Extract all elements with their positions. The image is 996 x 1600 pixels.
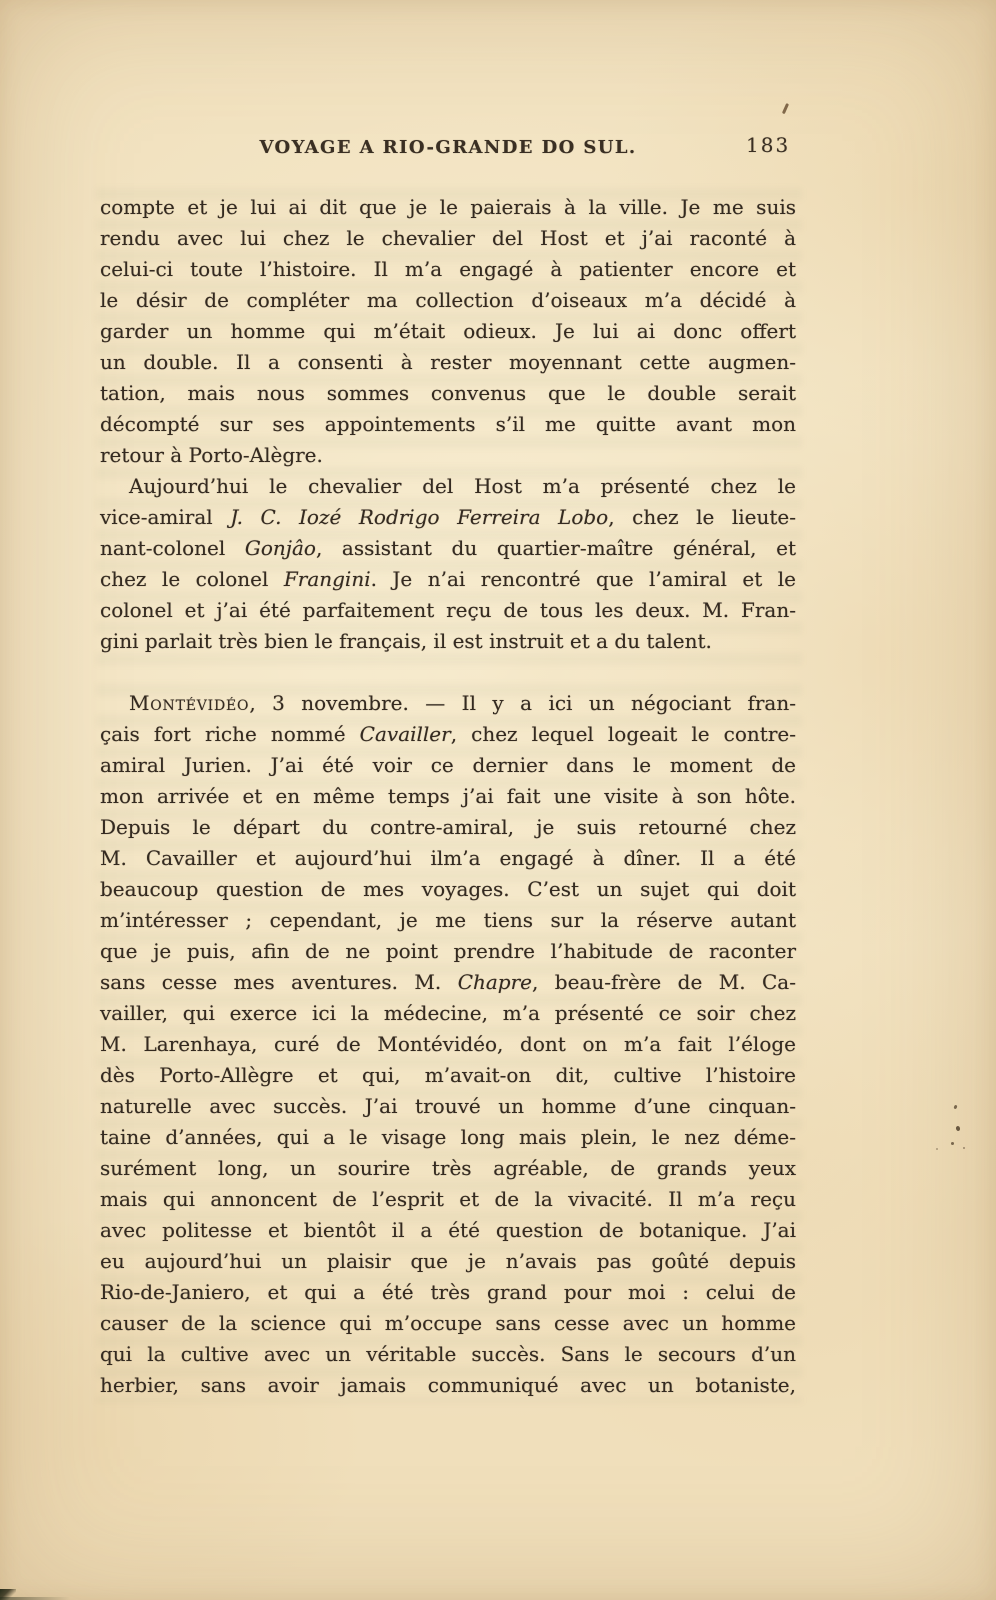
text-line: que je puis, afin de ne point prendre l’… [100, 936, 796, 967]
ink-speck [955, 1126, 960, 1132]
text-line: amiral Jurien. J’ai été voir ce dernier … [100, 750, 796, 781]
text-run: , assistant du quartier-maître général, … [316, 536, 796, 560]
text-line: naturelle avec succès. J’ai trouvé un ho… [100, 1091, 796, 1122]
text-line: vailler, qui exerce ici la médecine, m’a… [100, 998, 796, 1029]
text-run: garder un homme qui m’était odieux. Je l… [100, 319, 796, 343]
text-line: sans cesse mes aventures. M. Chapre, bea… [100, 967, 796, 998]
text-line: dès Porto-Allègre et qui, m’avait-on dit… [100, 1060, 796, 1091]
ink-speck [936, 1148, 938, 1150]
text-run: vailler, qui exerce ici la médecine, m’a… [100, 1001, 796, 1025]
text-line: M. Larenhaya, curé de Montévidéo, dont o… [100, 1029, 796, 1060]
text-run: amiral Jurien. J’ai été voir ce dernier … [100, 753, 796, 777]
text-run: naturelle avec succès. J’ai trouvé un ho… [100, 1094, 796, 1118]
text-run: , chez lequel logeait le contre- [451, 722, 796, 746]
text-run: beaucoup question de mes voyages. C’est … [100, 877, 796, 901]
text-run: eu aujourd’hui un plaisir que je n’avais… [100, 1249, 796, 1273]
text-run: compte et je lui ai dit que je le paiera… [100, 195, 796, 219]
text-run: celui-ci toute l’histoire. Il m’a engagé… [100, 257, 796, 281]
paragraph: Montévidéo, 3 novembre. — Il y a ici un … [100, 688, 796, 1401]
text-line: décompté sur ses appointements s’il me q… [100, 409, 796, 440]
text-run: un double. Il a consenti à rester moyenn… [100, 350, 796, 374]
page-number: 183 [746, 131, 790, 159]
italic-text: Gonjâo [245, 536, 316, 560]
text-line: surément long, un sourire très agréable,… [100, 1153, 796, 1184]
text-line: Rio-de-Janiero, et qui a été très grand … [100, 1277, 796, 1308]
text-run: gini parlait très bien le français, il e… [100, 629, 712, 653]
italic-text: Cavailler [360, 722, 451, 746]
italic-text: Frangini [284, 567, 371, 591]
text-run: tation, mais nous sommes convenus que le… [100, 381, 796, 405]
text-line: colonel et j’ai été parfaitement reçu de… [100, 595, 796, 626]
text-line: chez le colonel Frangini. Je n’ai rencon… [100, 564, 796, 595]
text-line: mon arrivée et en même temps j’ai fait u… [100, 781, 796, 812]
text-run: le désir de compléter ma collection d’oi… [100, 288, 796, 312]
text-line: beaucoup question de mes voyages. C’est … [100, 874, 796, 905]
text-run: que je puis, afin de ne point prendre l’… [100, 939, 796, 963]
paragraph: compte et je lui ai dit que je le paiera… [100, 192, 796, 471]
text-run: rendu avec lui chez le chevalier del Hos… [100, 226, 796, 250]
text-run: , 3 novembre. — Il y a ici un négociant … [249, 691, 796, 715]
ink-speck [951, 1142, 954, 1145]
text-run: colonel et j’ai été parfaitement reçu de… [100, 598, 796, 622]
text-line: avec politesse et bientôt il a été quest… [100, 1215, 796, 1246]
ink-speck [963, 1147, 965, 1149]
text-line: celui-ci toute l’histoire. Il m’a engagé… [100, 254, 796, 285]
text-line: Depuis le départ du contre-amiral, je su… [100, 812, 796, 843]
smallcaps-text: Montévidéo [129, 691, 249, 715]
text-run: chez le colonel [100, 567, 284, 591]
text-line: nant-colonel Gonjâo, assistant du quarti… [100, 533, 796, 564]
text-line: herbier, sans avoir jamais communiqué av… [100, 1370, 796, 1401]
italic-text: J. C. Iozé Rodrigo Ferreira Lobo [230, 505, 608, 529]
text-run: , beau-frère de M. Ca- [532, 970, 796, 994]
text-line: rendu avec lui chez le chevalier del Hos… [100, 223, 796, 254]
book-page: VOYAGE A RIO-GRANDE DO SUL. 183 compte e… [0, 0, 996, 1600]
text-run: avec politesse et bientôt il a été quest… [100, 1218, 796, 1242]
text-line: retour à Porto-Alègre. [100, 440, 796, 471]
text-line: çais fort riche nommé Cavailler, chez le… [100, 719, 796, 750]
text-line: taine d’années, qui a le visage long mai… [100, 1122, 796, 1153]
text-line: M. Cavailler et aujourd’hui ilm’a engagé… [100, 843, 796, 874]
text-run: vice-amiral [100, 505, 230, 529]
text-run: qui la cultive avec un véritable succès.… [100, 1342, 796, 1366]
text-line: m’intéresser ; cependant, je me tiens su… [100, 905, 796, 936]
text-line: compte et je lui ai dit que je le paiera… [100, 192, 796, 223]
text-run: taine d’années, qui a le visage long mai… [100, 1125, 796, 1149]
text-run: m’intéresser ; cependant, je me tiens su… [100, 908, 796, 932]
text-line: Aujourd’hui le chevalier del Host m’a pr… [100, 471, 796, 502]
text-run: çais fort riche nommé [100, 722, 360, 746]
text-line: le désir de compléter ma collection d’oi… [100, 285, 796, 316]
text-run: Aujourd’hui le chevalier del Host m’a pr… [129, 474, 796, 498]
text-line: qui la cultive avec un véritable succès.… [100, 1339, 796, 1370]
text-run: dès Porto-Allègre et qui, m’avait-on dit… [100, 1063, 796, 1087]
italic-text: Chapre [458, 970, 532, 994]
text-line: un double. Il a consenti à rester moyenn… [100, 347, 796, 378]
page-header: VOYAGE A RIO-GRANDE DO SUL. [100, 136, 796, 160]
text-run: M. Larenhaya, curé de Montévidéo, dont o… [100, 1032, 796, 1056]
ink-speck [953, 1105, 957, 1110]
text-block: compte et je lui ai dit que je le paiera… [100, 192, 796, 1401]
text-run: mon arrivée et en même temps j’ai fait u… [100, 784, 796, 808]
text-run: . Je n’ai rencontré que l’amiral et le [371, 567, 796, 591]
paragraph: Aujourd’hui le chevalier del Host m’a pr… [100, 471, 796, 657]
text-line: mais qui annoncent de l’esprit et de la … [100, 1184, 796, 1215]
text-run: mais qui annoncent de l’esprit et de la … [100, 1187, 796, 1211]
text-run: Depuis le départ du contre-amiral, je su… [100, 815, 796, 839]
text-run: surément long, un sourire très agréable,… [100, 1156, 796, 1180]
text-run: herbier, sans avoir jamais communiqué av… [100, 1373, 796, 1397]
text-run: décompté sur ses appointements s’il me q… [100, 412, 796, 436]
text-run: causer de la science qui m’occupe sans c… [100, 1311, 796, 1335]
pen-mark [782, 103, 789, 114]
text-run: nant-colonel [100, 536, 245, 560]
text-line: vice-amiral J. C. Iozé Rodrigo Ferreira … [100, 502, 796, 533]
text-line: gini parlait très bien le français, il e… [100, 626, 796, 657]
text-line: tation, mais nous sommes convenus que le… [100, 378, 796, 409]
text-line: Montévidéo, 3 novembre. — Il y a ici un … [100, 688, 796, 719]
text-run: , chez le lieute- [608, 505, 796, 529]
running-title: VOYAGE A RIO-GRANDE DO SUL. [259, 137, 636, 158]
text-run: Rio-de-Janiero, et qui a été très grand … [100, 1280, 796, 1304]
text-line: garder un homme qui m’était odieux. Je l… [100, 316, 796, 347]
text-line: causer de la science qui m’occupe sans c… [100, 1308, 796, 1339]
screenshot-root: { "header": { "title": "VOYAGE A RIO-GRA… [0, 0, 996, 1600]
text-run: M. Cavailler et aujourd’hui ilm’a engagé… [100, 846, 796, 870]
text-run: retour à Porto-Alègre. [100, 443, 323, 467]
text-line: eu aujourd’hui un plaisir que je n’avais… [100, 1246, 796, 1277]
text-run: sans cesse mes aventures. M. [100, 970, 458, 994]
